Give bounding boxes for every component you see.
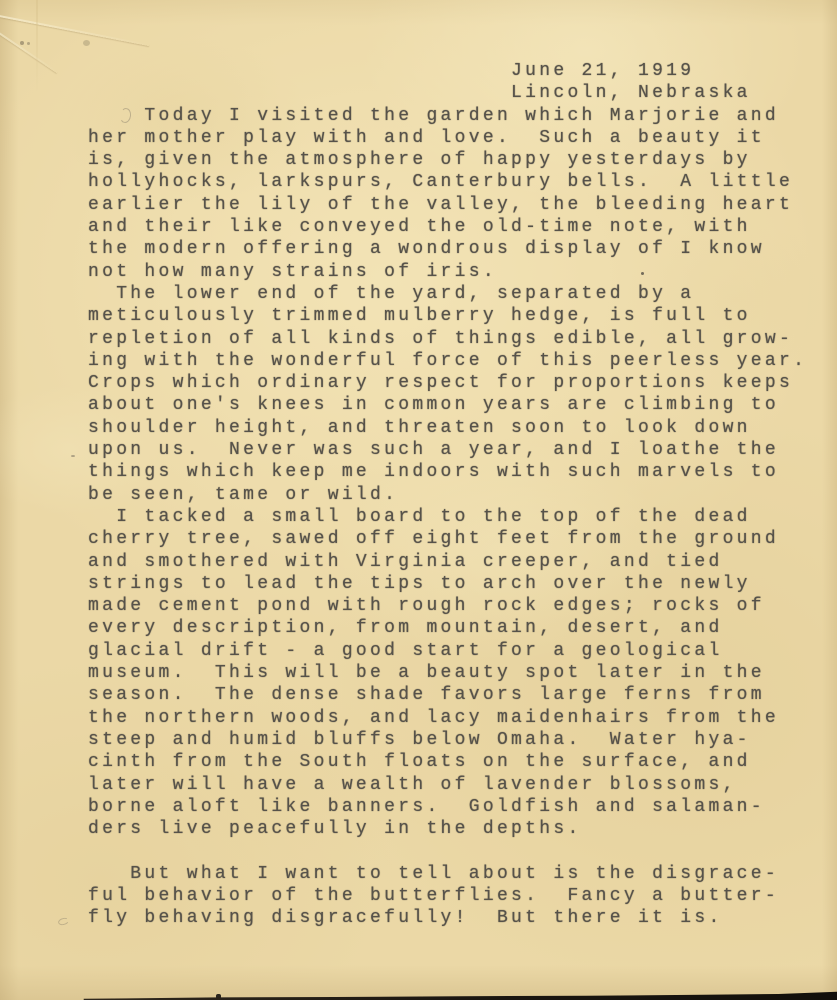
letter-line: things which keep me indoors with such m… xyxy=(88,461,807,483)
letter-line: upon us. Never was such a year, and I lo… xyxy=(88,439,807,461)
scanned-letter-page: June 21, 1919 Lincoln, Nebraska Today I … xyxy=(0,0,837,1000)
letter-line: June 21, 1919 xyxy=(88,60,807,82)
stray-ink-dot xyxy=(71,455,75,457)
letter-line: earlier the lily of the valley, the blee… xyxy=(88,194,807,216)
letter-line xyxy=(88,840,807,862)
letter-line: cherry tree, sawed off eight feet from t… xyxy=(88,528,807,550)
letter-line: ful behavior of the butterflies. Fancy a… xyxy=(88,885,807,907)
letter-line: later will have a wealth of lavender blo… xyxy=(88,774,807,796)
letter-line: steep and humid bluffs below Omaha. Wate… xyxy=(88,729,807,751)
letter-line: glacial drift - a good start for a geolo… xyxy=(88,640,807,662)
letter-line: is, given the atmosphere of happy yester… xyxy=(88,149,807,171)
paper-speck xyxy=(83,40,90,46)
letter-line: the modern offering a wondrous display o… xyxy=(88,238,807,260)
letter-line: ing with the wonderful force of this pee… xyxy=(88,350,807,372)
letter-line: the northern woods, and lacy maidenhairs… xyxy=(88,707,807,729)
letter-line: strings to lead the tips to arch over th… xyxy=(88,573,807,595)
letter-line: Lincoln, Nebraska xyxy=(88,82,807,104)
letter-line: Crops which ordinary respect for proport… xyxy=(88,372,807,394)
letter-line: I tacked a small board to the top of the… xyxy=(88,506,807,528)
letter-line: not how many strains of iris. xyxy=(88,261,807,283)
letter-line: fly behaving disgracefully! But there it… xyxy=(88,907,807,929)
letter-line: But what I want to tell about is the dis… xyxy=(88,863,807,885)
letter-line: and smothered with Virginia creeper, and… xyxy=(88,551,807,573)
letter-line: ders live peacefully in the depths. xyxy=(88,818,807,840)
letter-line: every description, from mountain, desert… xyxy=(88,617,807,639)
letter-line: borne aloft like banners. Goldfish and s… xyxy=(88,796,807,818)
letter-line: about one's knees in common years are cl… xyxy=(88,394,807,416)
paper-speck xyxy=(27,42,30,45)
paper-crease xyxy=(0,30,58,73)
letter-line: Today I visited the garden which Marjori… xyxy=(88,105,807,127)
letter-line: The lower end of the yard, separated by … xyxy=(88,283,807,305)
letter-line: cinth from the South floats on the surfa… xyxy=(88,751,807,773)
letter-line: hollyhocks, larkspurs, Canterbury bells.… xyxy=(88,171,807,193)
paper-crease xyxy=(36,0,38,92)
letter-line: her mother play with and love. Such a be… xyxy=(88,127,807,149)
letter-line: shoulder height, and threaten soon to lo… xyxy=(88,417,807,439)
letter-line: museum. This will be a beauty spot later… xyxy=(88,662,807,684)
letter-line: made cement pond with rough rock edges; … xyxy=(88,595,807,617)
letter-line: be seen, tame or wild. xyxy=(88,484,807,506)
letter-line: meticulously trimmed mulberry hedge, is … xyxy=(88,305,807,327)
stray-ink-dot xyxy=(641,272,644,275)
pencil-mark xyxy=(57,917,69,927)
letter-body: June 21, 1919 Lincoln, Nebraska Today I … xyxy=(88,60,807,930)
letter-line: repletion of all kinds of things edible,… xyxy=(88,328,807,350)
scan-background-edge xyxy=(0,990,837,1000)
paper-speck xyxy=(20,41,24,45)
letter-line: and their like conveyed the old-time not… xyxy=(88,216,807,238)
letter-line: season. The dense shade favors large fer… xyxy=(88,684,807,706)
